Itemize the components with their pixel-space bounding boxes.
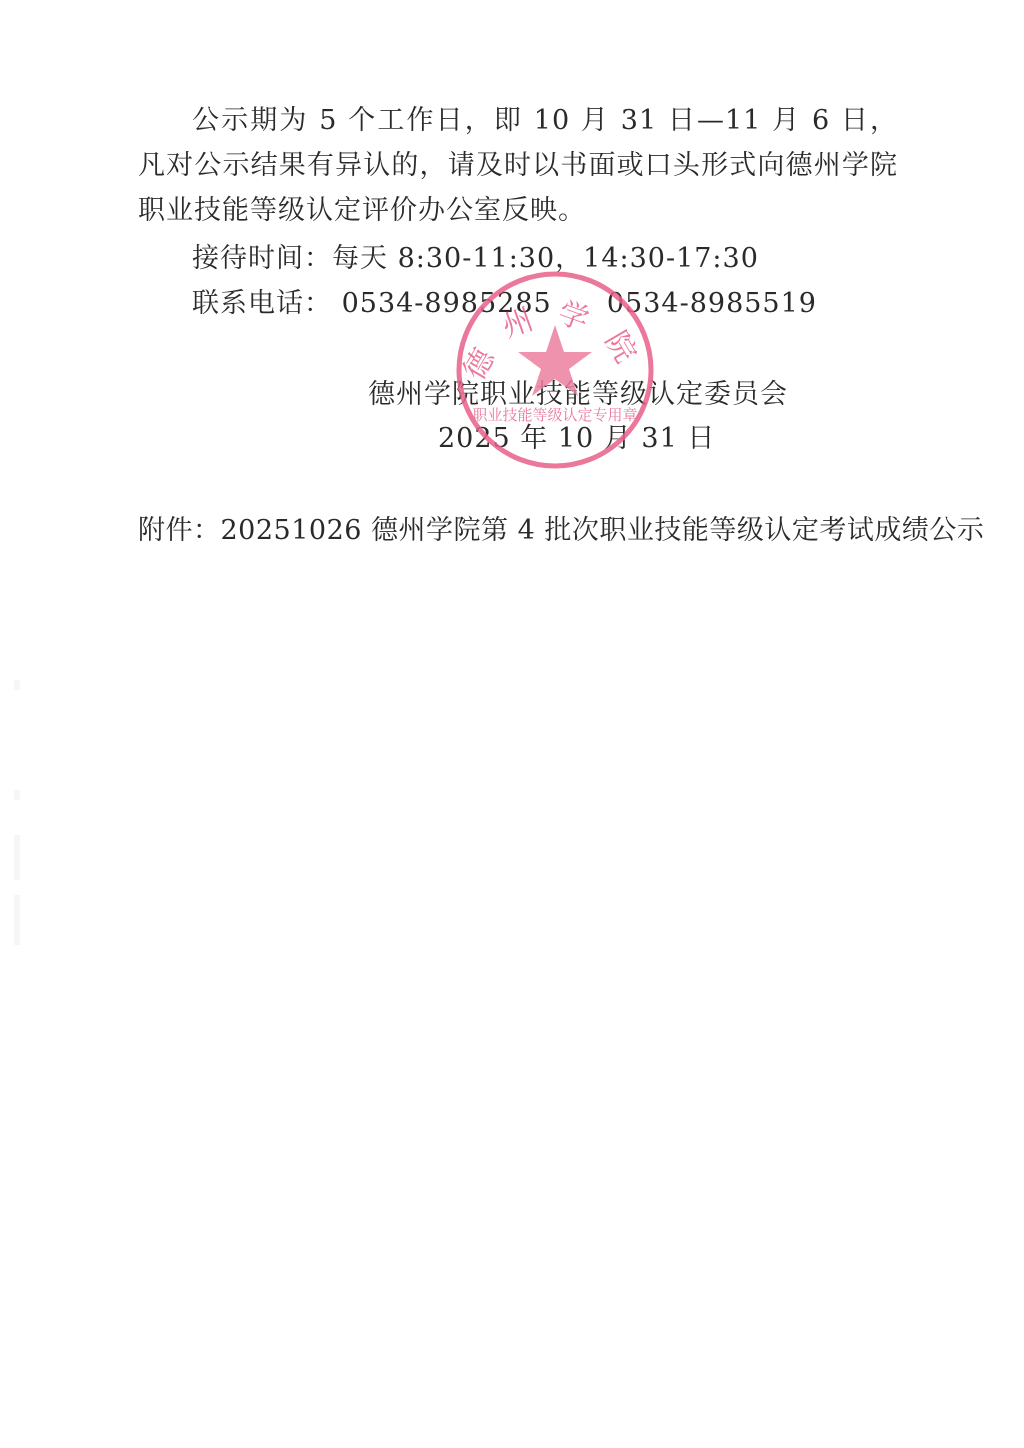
attachment-note: 附件：20251026 德州学院第 4 批次职业技能等级认定考试成绩公示 bbox=[138, 516, 984, 546]
contact-phone-2: 0534-8985519 bbox=[607, 288, 817, 319]
contact-phone-line: 联系电话： 0534-8985285 0534-8985519 bbox=[192, 289, 817, 319]
reception-hours: 接待时间：每天 8:30-11:30，14:30-17:30 bbox=[192, 244, 759, 274]
contact-phone-label: 联系电话： bbox=[192, 288, 332, 319]
signature-organization: 德州学院职业技能等级认定委员会 bbox=[368, 380, 788, 410]
scan-artifact bbox=[14, 835, 20, 880]
scan-artifact bbox=[14, 895, 20, 945]
scan-artifact bbox=[14, 790, 20, 800]
notice-paragraph: 公示期为 5 个工作日，即 10 月 31 日—11 月 6 日，凡对公示结果有… bbox=[138, 98, 898, 233]
contact-phone-1: 0534-8985285 bbox=[342, 288, 552, 319]
signature-date: 2025 年 10 月 31 日 bbox=[438, 424, 715, 454]
scan-artifact bbox=[14, 680, 20, 690]
